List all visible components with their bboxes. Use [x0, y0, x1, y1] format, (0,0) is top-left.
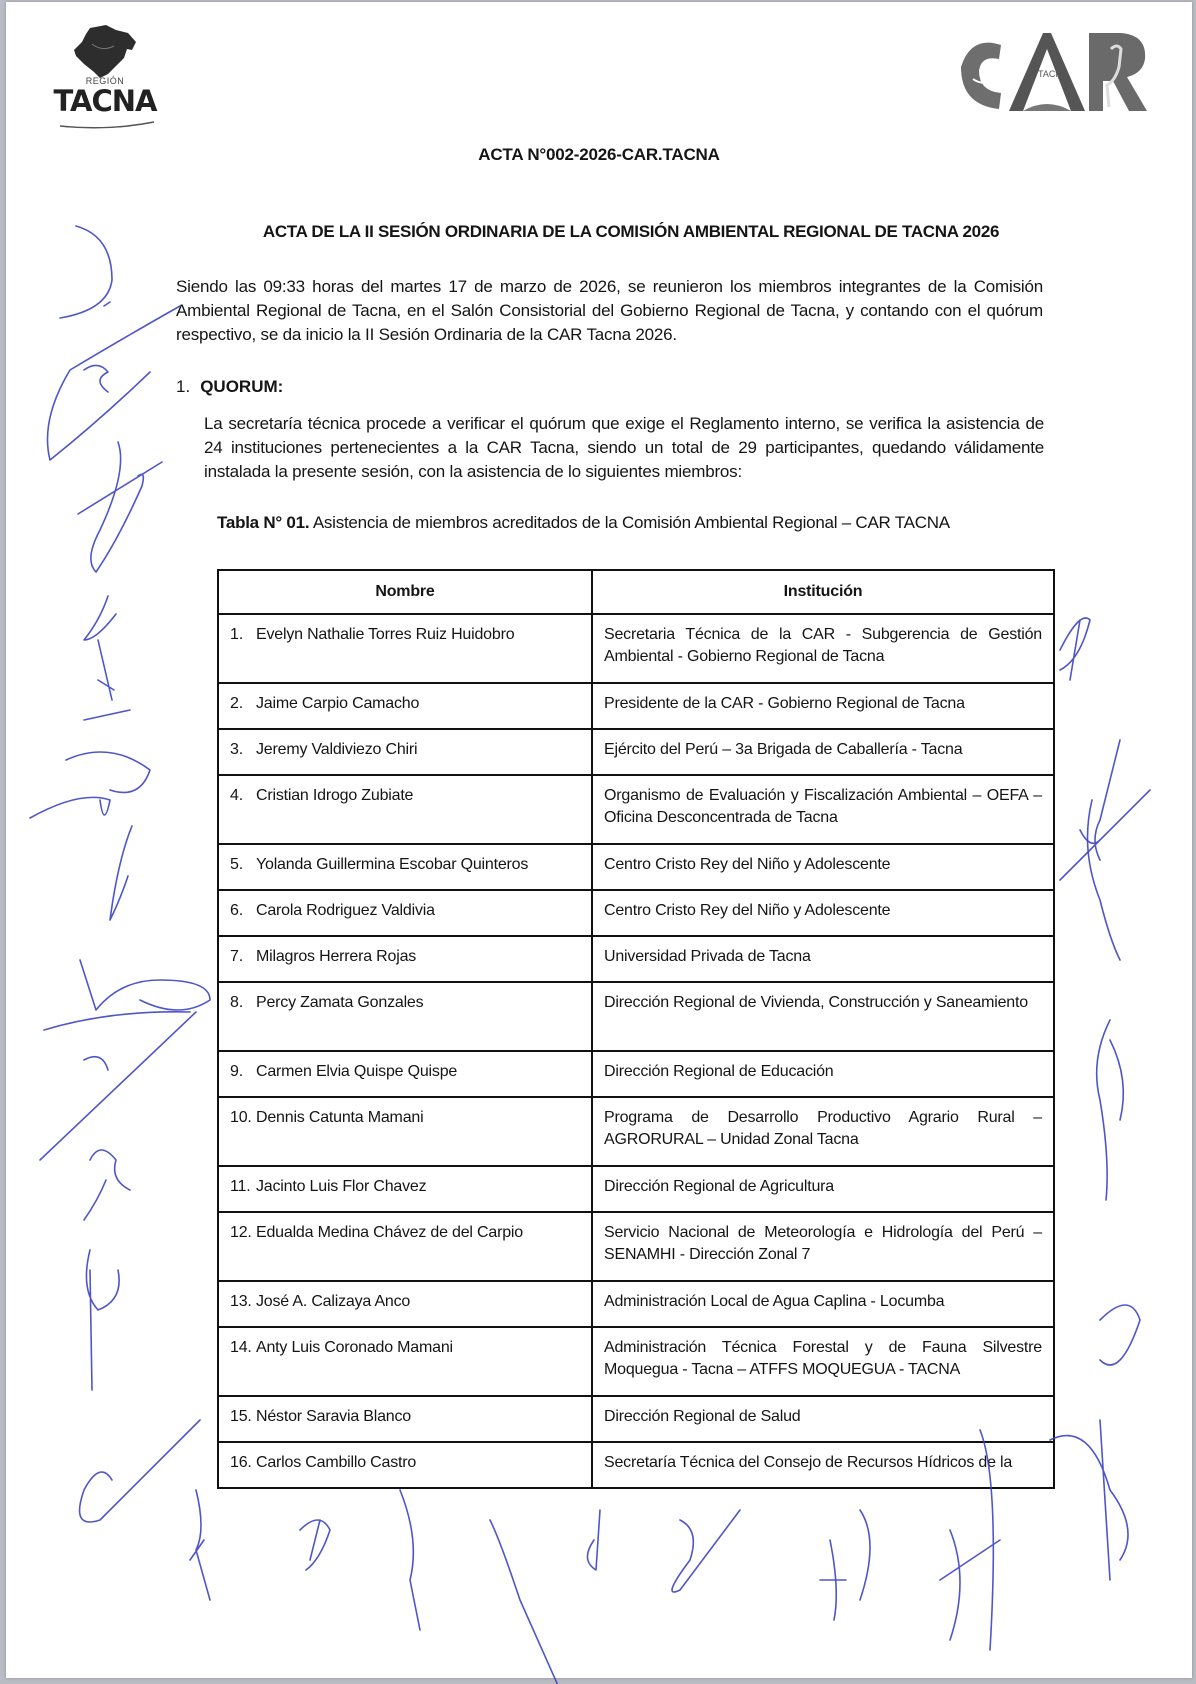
- table-caption: Tabla N° 01. Asistencia de miembros acre…: [217, 513, 950, 533]
- member-name: Carlos Cambillo Castro: [256, 1454, 416, 1471]
- row-number: 7.: [230, 946, 256, 968]
- row-number: 1.: [230, 624, 256, 646]
- member-name-cell: 11.Jacinto Luis Flor Chavez: [218, 1166, 592, 1212]
- tacna-region-map-icon: [72, 24, 138, 80]
- institution-cell: Servicio Nacional de Meteorología e Hidr…: [592, 1212, 1054, 1281]
- institution-cell: Dirección Regional de Vivienda, Construc…: [592, 982, 1054, 1051]
- car-inner-label: TACNA: [1038, 69, 1068, 79]
- member-name: Carmen Elvia Quispe Quispe: [256, 1063, 457, 1080]
- section-title: QUORUM:: [200, 377, 283, 396]
- institution-cell: Centro Cristo Rey del Niño y Adolescente: [592, 844, 1054, 890]
- member-name-cell: 7.Milagros Herrera Rojas: [218, 936, 592, 982]
- institution-cell: Dirección Regional de Salud: [592, 1396, 1054, 1442]
- member-name: José A. Calizaya Anco: [256, 1293, 410, 1310]
- member-name-cell: 1.Evelyn Nathalie Torres Ruiz Huidobro: [218, 614, 592, 683]
- member-name: Milagros Herrera Rojas: [256, 948, 416, 965]
- member-name: Jacinto Luis Flor Chavez: [256, 1178, 426, 1195]
- member-name-cell: 9.Carmen Elvia Quispe Quispe: [218, 1051, 592, 1097]
- member-name: Carola Rodriguez Valdivia: [256, 902, 435, 919]
- acta-number: ACTA N°002-2026-CAR.TACNA: [6, 145, 1192, 165]
- row-number: 4.: [230, 785, 256, 807]
- institution-cell: Secretaría Técnica del Consejo de Recurs…: [592, 1442, 1054, 1488]
- institution-cell: Presidente de la CAR - Gobierno Regional…: [592, 683, 1054, 729]
- table-row: 1.Evelyn Nathalie Torres Ruiz HuidobroSe…: [218, 614, 1054, 683]
- member-name: Néstor Saravia Blanco: [256, 1408, 411, 1425]
- institution-cell: Dirección Regional de Educación: [592, 1051, 1054, 1097]
- attendance-table: Nombre Institución 1.Evelyn Nathalie Tor…: [217, 569, 1055, 1489]
- section-number: 1.: [176, 377, 190, 396]
- table-row: 7.Milagros Herrera RojasUniversidad Priv…: [218, 936, 1054, 982]
- member-name-cell: 5.Yolanda Guillermina Escobar Quinteros: [218, 844, 592, 890]
- member-name: Dennis Catunta Mamani: [256, 1109, 423, 1126]
- row-number: 6.: [230, 900, 256, 922]
- table-row: 2.Jaime Carpio CamachoPresidente de la C…: [218, 683, 1054, 729]
- member-name-cell: 8.Percy Zamata Gonzales: [218, 982, 592, 1051]
- row-number: 16.: [230, 1452, 256, 1474]
- table-row: 15.Néstor Saravia BlancoDirección Region…: [218, 1396, 1054, 1442]
- column-header-institution: Institución: [592, 570, 1054, 614]
- member-name-cell: 3.Jeremy Valdiviezo Chiri: [218, 729, 592, 775]
- member-name-cell: 4.Cristian Idrogo Zubiate: [218, 775, 592, 844]
- table-row: 5.Yolanda Guillermina Escobar QuinterosC…: [218, 844, 1054, 890]
- table-row: 12.Edualda Medina Chávez de del CarpioSe…: [218, 1212, 1054, 1281]
- table-caption-text: Asistencia de miembros acreditados de la…: [309, 513, 950, 532]
- table-row: 6.Carola Rodriguez ValdiviaCentro Cristo…: [218, 890, 1054, 936]
- institution-cell: Programa de Desarrollo Productivo Agrari…: [592, 1097, 1054, 1166]
- table-row: 14.Anty Luis Coronado MamaniAdministraci…: [218, 1327, 1054, 1396]
- member-name: Evelyn Nathalie Torres Ruiz Huidobro: [256, 626, 514, 643]
- table-row: 16.Carlos Cambillo CastroSecretaría Técn…: [218, 1442, 1054, 1488]
- institution-cell: Ejército del Perú – 3a Brigada de Caball…: [592, 729, 1054, 775]
- row-number: 5.: [230, 854, 256, 876]
- region-name: TACNA: [46, 84, 164, 118]
- member-name: Anty Luis Coronado Mamani: [256, 1339, 453, 1356]
- table-row: 9.Carmen Elvia Quispe QuispeDirección Re…: [218, 1051, 1054, 1097]
- intro-paragraph: Siendo las 09:33 horas del martes 17 de …: [176, 275, 1043, 347]
- row-number: 13.: [230, 1291, 256, 1313]
- row-number: 11.: [230, 1176, 256, 1198]
- member-name-cell: 14.Anty Luis Coronado Mamani: [218, 1327, 592, 1396]
- row-number: 3.: [230, 739, 256, 761]
- member-name: Jeremy Valdiviezo Chiri: [256, 741, 417, 758]
- institution-cell: Centro Cristo Rey del Niño y Adolescente: [592, 890, 1054, 936]
- table-row: 8.Percy Zamata GonzalesDirección Regiona…: [218, 982, 1054, 1051]
- row-number: 9.: [230, 1061, 256, 1083]
- member-name: Edualda Medina Chávez de del Carpio: [256, 1224, 523, 1241]
- member-name-cell: 6.Carola Rodriguez Valdivia: [218, 890, 592, 936]
- row-number: 15.: [230, 1406, 256, 1428]
- document-title: ACTA DE LA II SESIÓN ORDINARIA DE LA COM…: [6, 222, 1196, 242]
- section-quorum-heading: 1.QUORUM:: [176, 377, 283, 397]
- column-header-name: Nombre: [218, 570, 592, 614]
- table-row: 13.José A. Calizaya AncoAdministración L…: [218, 1281, 1054, 1327]
- row-number: 8.: [230, 992, 256, 1014]
- table-row: 4.Cristian Idrogo ZubiateOrganismo de Ev…: [218, 775, 1054, 844]
- quorum-paragraph: La secretaría técnica procede a verifica…: [204, 412, 1044, 484]
- member-name: Percy Zamata Gonzales: [256, 994, 423, 1011]
- member-name: Jaime Carpio Camacho: [256, 695, 419, 712]
- member-name-cell: 10.Dennis Catunta Mamani: [218, 1097, 592, 1166]
- row-number: 2.: [230, 693, 256, 715]
- row-number: 14.: [230, 1337, 256, 1359]
- member-name: Cristian Idrogo Zubiate: [256, 787, 413, 804]
- member-name-cell: 16.Carlos Cambillo Castro: [218, 1442, 592, 1488]
- row-number: 10.: [230, 1107, 256, 1129]
- table-header-row: Nombre Institución: [218, 570, 1054, 614]
- institution-cell: Secretaria Técnica de la CAR - Subgerenc…: [592, 614, 1054, 683]
- member-name-cell: 2.Jaime Carpio Camacho: [218, 683, 592, 729]
- member-name-cell: 13.José A. Calizaya Anco: [218, 1281, 592, 1327]
- row-number: 12.: [230, 1222, 256, 1244]
- institution-cell: Organismo de Evaluación y Fiscalización …: [592, 775, 1054, 844]
- institution-cell: Universidad Privada de Tacna: [592, 936, 1054, 982]
- table-row: 10.Dennis Catunta MamaniPrograma de Desa…: [218, 1097, 1054, 1166]
- institution-cell: Administración Local de Agua Caplina - L…: [592, 1281, 1054, 1327]
- table-row: 11.Jacinto Luis Flor ChavezDirección Reg…: [218, 1166, 1054, 1212]
- car-tacna-logo: TACNA: [951, 27, 1151, 117]
- table-caption-label: Tabla N° 01.: [217, 513, 309, 532]
- document-page: REGIÓN TACNA TACNA ACTA N°002-2026-CAR.T…: [6, 2, 1192, 1678]
- institution-cell: Administración Técnica Forestal y de Fau…: [592, 1327, 1054, 1396]
- member-name-cell: 15.Néstor Saravia Blanco: [218, 1396, 592, 1442]
- region-tacna-logo: REGIÓN TACNA: [46, 24, 166, 134]
- member-name: Yolanda Guillermina Escobar Quinteros: [256, 856, 528, 873]
- swoosh-decoration: [58, 120, 156, 130]
- member-name-cell: 12.Edualda Medina Chávez de del Carpio: [218, 1212, 592, 1281]
- institution-cell: Dirección Regional de Agricultura: [592, 1166, 1054, 1212]
- table-row: 3.Jeremy Valdiviezo ChiriEjército del Pe…: [218, 729, 1054, 775]
